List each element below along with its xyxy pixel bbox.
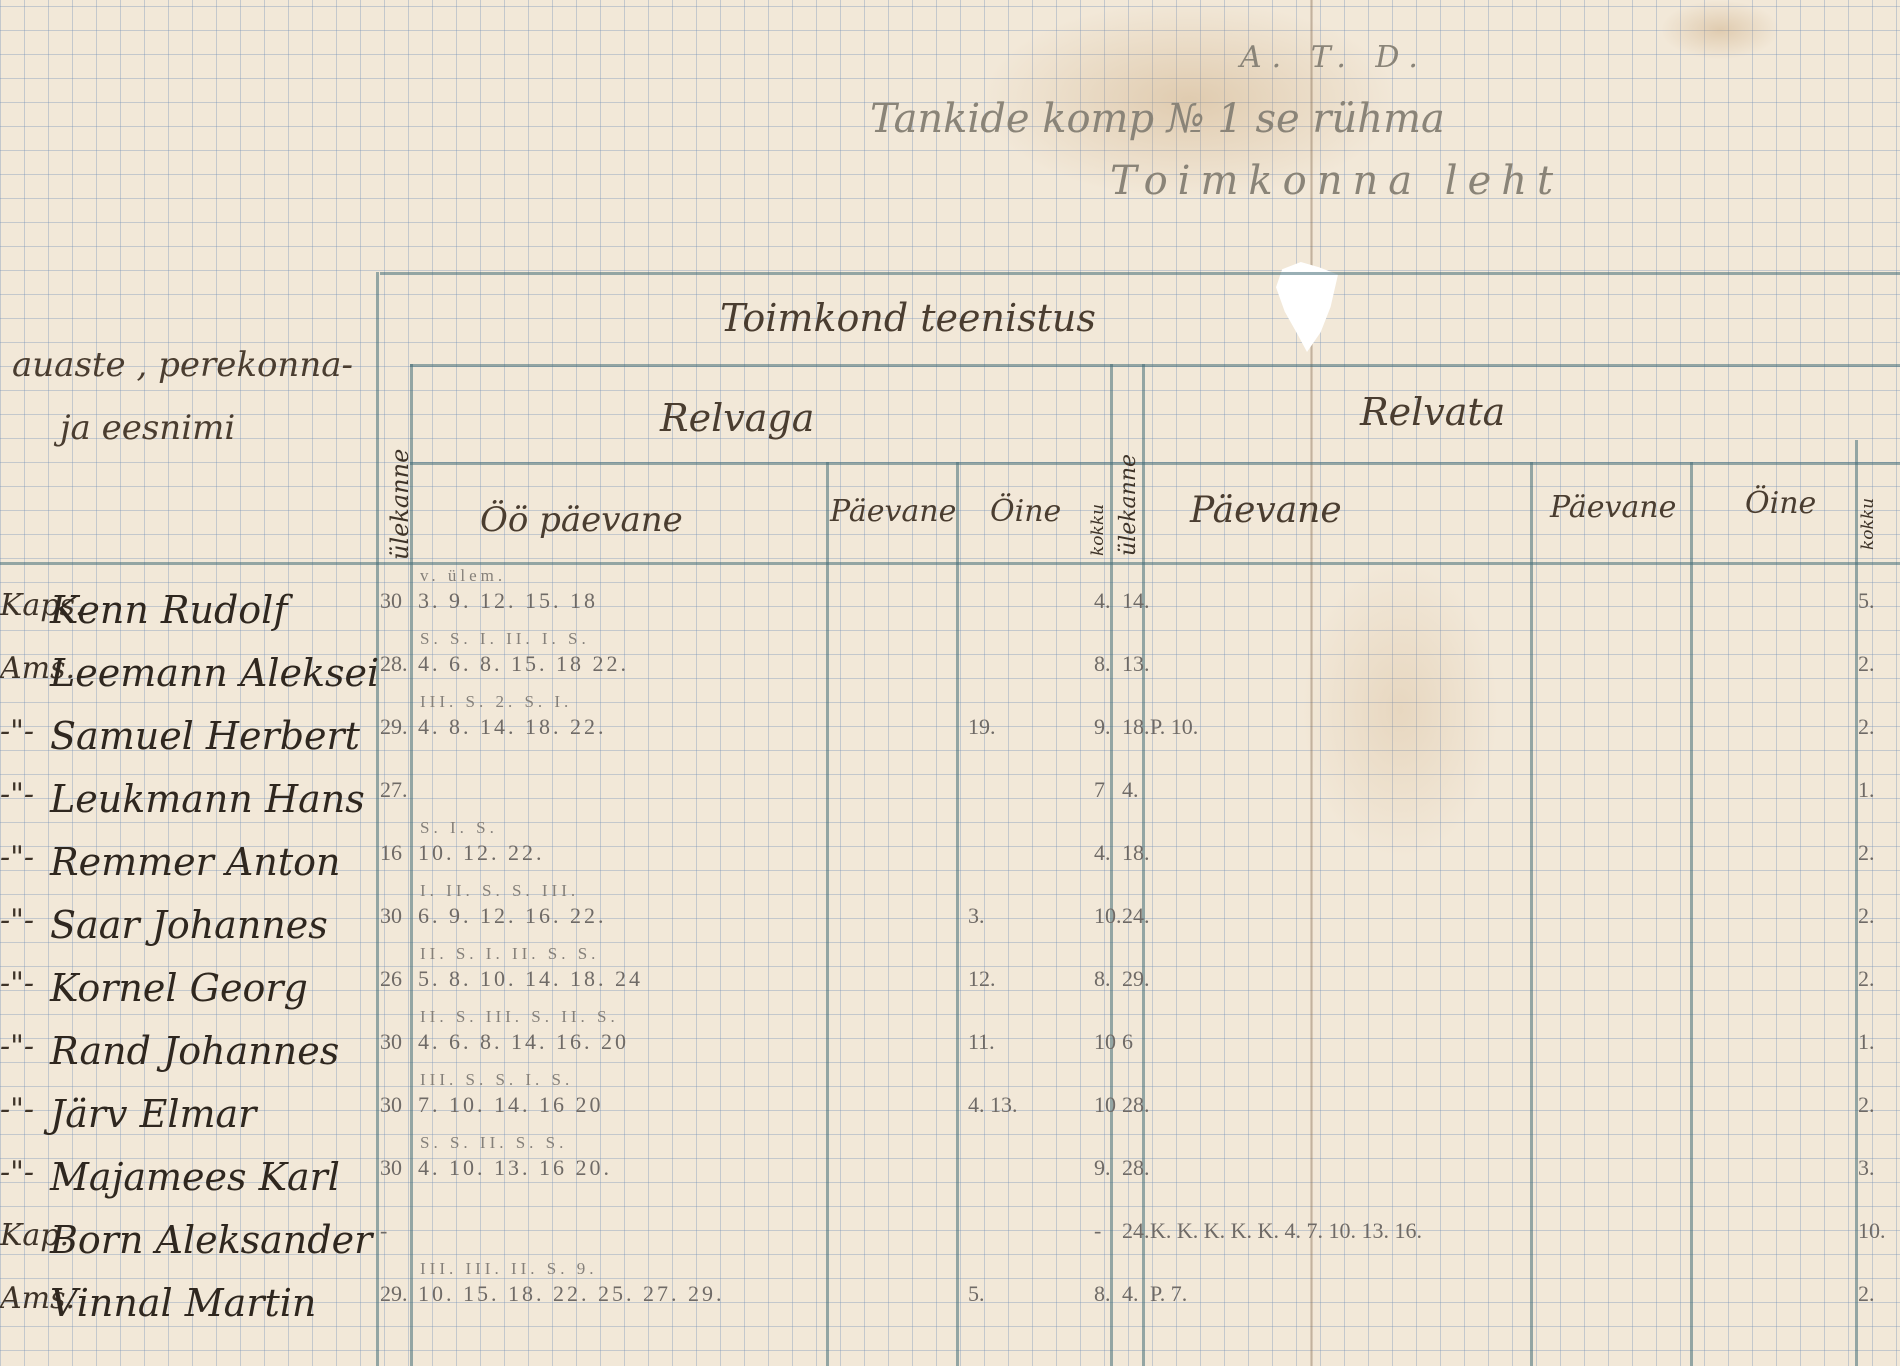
kokku-cell: 7 bbox=[1094, 777, 1105, 803]
ulekanne-cell: 30 bbox=[380, 1029, 402, 1055]
kokku-header: kokku bbox=[1088, 504, 1108, 556]
section-relvaga: Relvaga bbox=[660, 396, 814, 440]
total-cell: 2. bbox=[1858, 966, 1875, 992]
document-title-unit: Tankide komp № 1 se rühma bbox=[870, 96, 1445, 142]
oine-cell: 4. 13. bbox=[968, 1092, 1018, 1118]
total-cell: 2. bbox=[1858, 903, 1875, 929]
table-row: -"- Majamees Karl 30 S. S. II. S. S. 4. … bbox=[0, 1155, 1900, 1217]
total-cell: 2. bbox=[1858, 1092, 1875, 1118]
name-cell: Leemann Aleksei bbox=[50, 651, 379, 695]
rank-cell: -"- bbox=[0, 777, 34, 812]
kokku-cell: 8. bbox=[1094, 651, 1111, 677]
oopaevane-notes-cell: III. S. 2. S. I. bbox=[420, 692, 572, 712]
rank-cell: -"- bbox=[0, 1029, 34, 1064]
rank-cell: -"- bbox=[0, 1155, 34, 1190]
ulekanne-cell: - bbox=[380, 1218, 387, 1244]
subheader-relvata-paevane: Päevane bbox=[1190, 490, 1342, 531]
table-row: -"- Remmer Anton 16 S. I. S. 10. 12. 22.… bbox=[0, 840, 1900, 902]
ulekanne2-cell: 18. bbox=[1122, 840, 1150, 866]
total-cell: 2. bbox=[1858, 714, 1875, 740]
relvata-paevane-cell: P. 7. bbox=[1150, 1281, 1187, 1307]
table-row: Kap. Born Aleksander - - 24. K. K. K. K.… bbox=[0, 1218, 1900, 1280]
rank-cell: -"- bbox=[0, 966, 34, 1001]
oopaevane-cell: 6. 9. 12. 16. 22. bbox=[418, 903, 607, 929]
table-row: -"- Saar Johannes 30 I. II. S. S. III. 6… bbox=[0, 903, 1900, 965]
ulekanne-cell: 29. bbox=[380, 714, 408, 740]
oopaevane-notes-cell: I. II. S. S. III. bbox=[420, 881, 579, 901]
oopaevane-notes-cell: III. III. II. S. 9. bbox=[420, 1259, 598, 1279]
header-rule-top bbox=[380, 272, 1900, 275]
ulekanne-cell: 28. bbox=[380, 651, 408, 677]
ulekanne2-cell: 14. bbox=[1122, 588, 1150, 614]
ulekanne2-cell: 4. bbox=[1122, 1281, 1139, 1307]
total-cell: 2. bbox=[1858, 840, 1875, 866]
oine-cell: 12. bbox=[968, 966, 996, 992]
kokku-cell: 4. bbox=[1094, 588, 1111, 614]
ulekanne-cell: 30 bbox=[380, 903, 402, 929]
oine-cell: 5. bbox=[968, 1281, 985, 1307]
total-cell: 2. bbox=[1858, 651, 1875, 677]
kokku-cell: 10 bbox=[1094, 1092, 1116, 1118]
ulekanne-header: ülekanne bbox=[386, 449, 414, 560]
kokku-cell: 10 bbox=[1094, 1029, 1116, 1055]
name-cell: Rand Johannes bbox=[50, 1029, 339, 1073]
oopaevane-notes-cell: S. I. S. bbox=[420, 818, 498, 838]
oopaevane-cell: 7. 10. 14. 16 20 bbox=[418, 1092, 604, 1118]
table-row: -"- Järv Elmar 30 III. S. S. I. S. 7. 10… bbox=[0, 1092, 1900, 1154]
name-cell: Järv Elmar bbox=[50, 1092, 256, 1136]
subheader-oopaevane: Öö päevane bbox=[480, 500, 683, 540]
ulekanne2-cell: 28. bbox=[1122, 1155, 1150, 1181]
ulekanne2-header: ülekanne bbox=[1116, 454, 1141, 556]
oopaevane-notes-cell: II. S. I. II. S. S. bbox=[420, 944, 599, 964]
table-row: -"- Rand Johannes 30 II. S. III. S. II. … bbox=[0, 1029, 1900, 1091]
table-row: -"- Leukmann Hans 27. 7 4. 1. bbox=[0, 777, 1900, 839]
name-cell: Samuel Herbert bbox=[50, 714, 360, 758]
oopaevane-cell: 5. 8. 10. 14. 18. 24 bbox=[418, 966, 643, 992]
ulekanne2-cell: 4. bbox=[1122, 777, 1139, 803]
total-cell: 3. bbox=[1858, 1155, 1875, 1181]
section-relvata: Relvata bbox=[1360, 390, 1505, 434]
kokku-cell: 4. bbox=[1094, 840, 1111, 866]
total-kokku-header: kokku bbox=[1858, 498, 1878, 550]
kokku-cell: 9. bbox=[1094, 714, 1111, 740]
relvata-paevane-cell: P. 10. bbox=[1150, 714, 1198, 740]
name-cell: Born Aleksander bbox=[50, 1218, 372, 1262]
ulekanne2-cell: 29. bbox=[1122, 966, 1150, 992]
total-cell: 5. bbox=[1858, 588, 1875, 614]
subheader-paevane: Päevane bbox=[830, 494, 956, 529]
kokku-cell: 9. bbox=[1094, 1155, 1111, 1181]
oine-cell: 3. bbox=[968, 903, 985, 929]
name-cell: Kornel Georg bbox=[50, 966, 308, 1010]
ulekanne-cell: 26 bbox=[380, 966, 402, 992]
oine-cell: 19. bbox=[968, 714, 996, 740]
water-stain bbox=[1660, 0, 1780, 60]
total-cell: 10. bbox=[1858, 1218, 1886, 1244]
total-cell: 2. bbox=[1858, 1281, 1875, 1307]
document-title: Toimkonna leht bbox=[1110, 158, 1563, 204]
ulekanne2-cell: 24. bbox=[1122, 1218, 1150, 1244]
rank-cell: -"- bbox=[0, 1092, 34, 1127]
group-header: Toimkond teenistus bbox=[720, 296, 1096, 340]
table-row: -"- Kornel Georg 26 II. S. I. II. S. S. … bbox=[0, 966, 1900, 1028]
header-rule-bottom bbox=[0, 562, 1900, 565]
name-cell: Saar Johannes bbox=[50, 903, 328, 947]
oopaevane-cell: 10. 15. 18. 22. 25. 27. 29. bbox=[418, 1281, 725, 1307]
oine-cell: 11. bbox=[968, 1029, 995, 1055]
oopaevane-notes-cell: S. S. II. S. S. bbox=[420, 1133, 567, 1153]
name-cell: Kenn Rudolf bbox=[50, 588, 287, 632]
oopaevane-cell: 4. 10. 13. 16 20. bbox=[418, 1155, 612, 1181]
kokku-cell: 8. bbox=[1094, 1281, 1111, 1307]
ulekanne-cell: 30 bbox=[380, 1092, 402, 1118]
kokku-cell: 8. bbox=[1094, 966, 1111, 992]
oopaevane-cell: 4. 6. 8. 14. 16. 20 bbox=[418, 1029, 629, 1055]
ulekanne2-cell: 6 bbox=[1122, 1029, 1133, 1055]
oopaevane-notes-cell: II. S. III. S. II. S. bbox=[420, 1007, 619, 1027]
header-rule-section bbox=[410, 364, 1900, 367]
oopaevane-cell: 4. 6. 8. 15. 18 22. bbox=[418, 651, 629, 677]
table-row: Ams. Leemann Aleksei 28. S. S. I. II. I.… bbox=[0, 651, 1900, 713]
oopaevane-notes-cell: III. S. S. I. S. bbox=[420, 1070, 573, 1090]
ulekanne-cell: 29. bbox=[380, 1281, 408, 1307]
ulekanne2-cell: 13. bbox=[1122, 651, 1150, 677]
ulekanne-cell: 27. bbox=[380, 777, 408, 803]
relvata-paevane-cell: K. K. K. K. K. 4. 7. 10. 13. 16. bbox=[1150, 1218, 1422, 1244]
header-rule-sub bbox=[410, 462, 1900, 465]
name-cell: Majamees Karl bbox=[50, 1155, 340, 1199]
kokku-cell: 10. bbox=[1094, 903, 1122, 929]
rank-cell: -"- bbox=[0, 840, 34, 875]
rank-cell: -"- bbox=[0, 714, 34, 749]
ulekanne-cell: 16 bbox=[380, 840, 402, 866]
oopaevane-notes-cell: S. S. I. II. I. S. bbox=[420, 629, 590, 649]
name-cell: Vinnal Martin bbox=[50, 1281, 316, 1325]
subheader-relvata-paevane2: Päevane bbox=[1550, 490, 1676, 525]
kokku-cell: - bbox=[1094, 1218, 1101, 1244]
stamp-text: A. T. D. bbox=[1240, 40, 1428, 75]
oopaevane-cell: 4. 8. 14. 18. 22. bbox=[418, 714, 607, 740]
oopaevane-cell: 10. 12. 22. bbox=[418, 840, 545, 866]
subheader-oine: Öine bbox=[990, 494, 1061, 529]
ulekanne2-cell: 28. bbox=[1122, 1092, 1150, 1118]
total-cell: 1. bbox=[1858, 777, 1875, 803]
name-header-line1: auaste , perekonna- bbox=[12, 345, 353, 385]
ulekanne-cell: 30 bbox=[380, 588, 402, 614]
name-cell: Leukmann Hans bbox=[50, 777, 365, 821]
table-row: Kaps. Kenn Rudolf 30 v. ülem. 3. 9. 12. … bbox=[0, 588, 1900, 650]
ulekanne2-cell: 18. bbox=[1122, 714, 1150, 740]
ulekanne-cell: 30 bbox=[380, 1155, 402, 1181]
table-row: Ams. Vinnal Martin 29. III. III. II. S. … bbox=[0, 1281, 1900, 1343]
table-row: -"- Samuel Herbert 29. III. S. 2. S. I. … bbox=[0, 714, 1900, 776]
name-header-line2: ja eesnimi bbox=[60, 408, 235, 448]
oopaevane-notes-cell: v. ülem. bbox=[420, 566, 506, 586]
ulekanne2-cell: 24. bbox=[1122, 903, 1150, 929]
rank-cell: -"- bbox=[0, 903, 34, 938]
name-cell: Remmer Anton bbox=[50, 840, 340, 884]
total-cell: 1. bbox=[1858, 1029, 1875, 1055]
oopaevane-cell: 3. 9. 12. 15. 18 bbox=[418, 588, 598, 614]
subheader-relvata-oine: Öine bbox=[1745, 486, 1816, 521]
